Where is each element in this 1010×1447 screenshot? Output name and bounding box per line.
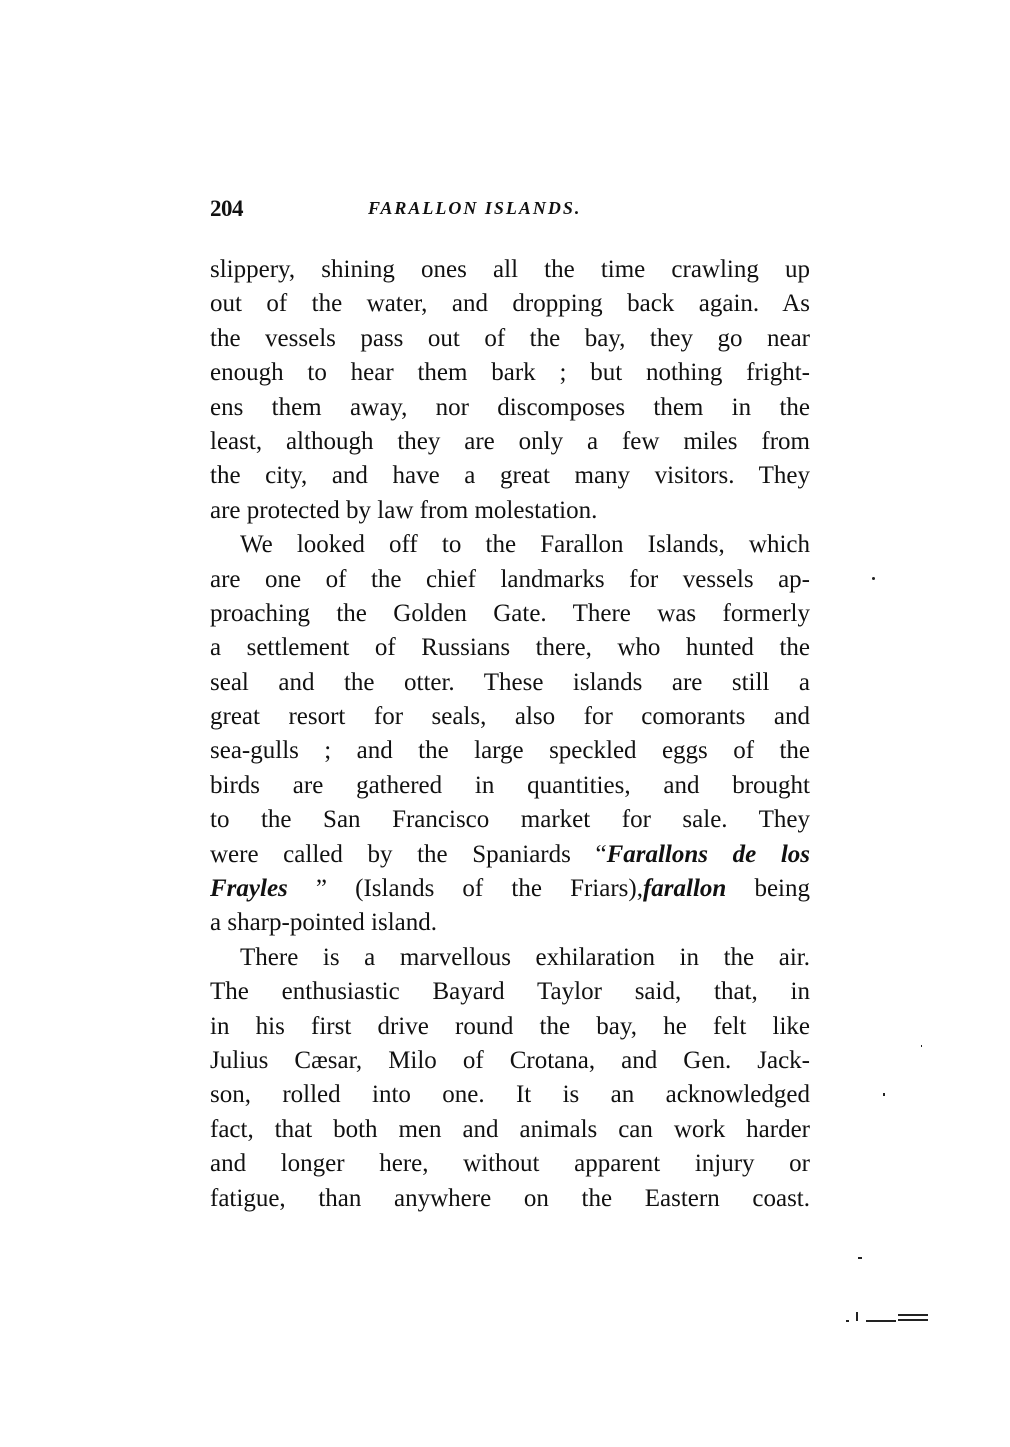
- text-line: The enthusiastic Bayard Taylor said, tha…: [210, 975, 810, 1009]
- text-line: a settlement of Russians there, who hunt…: [210, 631, 810, 665]
- book-page: 204 FARALLON ISLANDS. slippery, shining …: [0, 0, 1010, 1447]
- text-line: slippery, shining ones all the time craw…: [210, 253, 810, 287]
- text-line: enough to hear them bark ; but nothing f…: [210, 356, 810, 390]
- text-line: son, rolled into one. It is an acknowled…: [210, 1078, 810, 1112]
- text-line: least, although they are only a few mile…: [210, 425, 810, 459]
- text-line: in his first drive round the bay, he fel…: [210, 1010, 810, 1044]
- text-line: birds are gathered in quantities, and br…: [210, 769, 810, 803]
- text-line-with-italic: were called by the Spaniards “Farallons …: [210, 838, 810, 872]
- text-line: a sharp-pointed island.: [210, 906, 810, 940]
- text-line: There is a marvellous exhilaration in th…: [210, 941, 810, 975]
- text-line: fact, that both men and animals can work…: [210, 1113, 810, 1147]
- text-line: great resort for seals, also for comoran…: [210, 700, 810, 734]
- text-line: are protected by law from molestation.: [210, 494, 810, 528]
- page-header: 204 FARALLON ISLANDS.: [210, 196, 810, 226]
- scan-speck: [921, 1045, 922, 1047]
- text-line: Julius Cæsar, Milo of Crotana, and Gen. …: [210, 1044, 810, 1078]
- text-line: We looked off to the Farallon Islands, w…: [210, 528, 810, 562]
- text-segment: were called by the Spaniards “: [210, 841, 607, 868]
- scan-rule: [856, 1312, 858, 1321]
- scan-speck: [858, 1257, 862, 1259]
- text-line: fatigue, than anywhere on the Eastern co…: [210, 1182, 810, 1216]
- text-line: sea-gulls ; and the large speckled eggs …: [210, 734, 810, 768]
- italic-phrase: Farallons de los: [607, 841, 810, 868]
- text-line: the vessels pass out of the bay, they go…: [210, 322, 810, 356]
- running-head: FARALLON ISLANDS.: [368, 198, 581, 219]
- text-line: and longer here, without apparent injury…: [210, 1147, 810, 1181]
- page-number: 204: [210, 196, 243, 222]
- text-line: proaching the Golden Gate. There was for…: [210, 597, 810, 631]
- text-line: the city, and have a great many visitors…: [210, 459, 810, 493]
- text-line: seal and the otter. These islands are st…: [210, 666, 810, 700]
- text-line: are one of the chief landmarks for vesse…: [210, 563, 810, 597]
- body-text: slippery, shining ones all the time craw…: [210, 253, 810, 1216]
- scan-rule: [866, 1320, 896, 1322]
- text-segment: ” (Islands of the Friars),: [316, 875, 643, 902]
- scan-rule: [846, 1320, 849, 1322]
- text-line: out of the water, and dropping back agai…: [210, 287, 810, 321]
- italic-word: farallon: [643, 875, 726, 902]
- scan-speck: [883, 1093, 885, 1096]
- italic-phrase: Frayles: [210, 875, 288, 902]
- text-line: ens them away, nor discomposes them in t…: [210, 391, 810, 425]
- scan-speck: [872, 577, 875, 580]
- text-line-with-italic: Frayles ” (Islands of the Friars),farall…: [210, 872, 810, 906]
- text-line: to the San Francisco market for sale. Th…: [210, 803, 810, 837]
- scan-rule: [898, 1319, 928, 1321]
- scan-rule: [898, 1314, 928, 1316]
- text-segment: being: [726, 875, 810, 902]
